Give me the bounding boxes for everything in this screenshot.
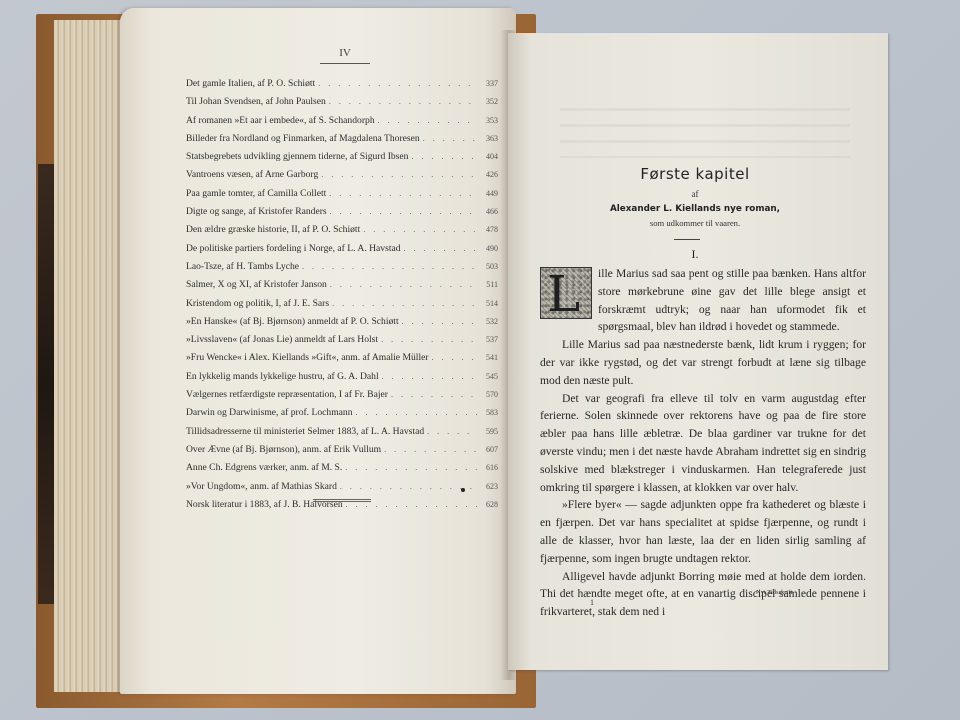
paragraph: Lille Marius sad saa pent og stille paa … bbox=[540, 265, 866, 336]
toc-leader-dots bbox=[423, 134, 477, 143]
toc-entry-title: »Fru Wencke« i Alex. Kiellands »Gift«, a… bbox=[186, 352, 429, 363]
toc-entry-title: Anne Ch. Edgrens værker, anm. af M. S. bbox=[186, 462, 342, 473]
table-of-contents: Det gamle Italien, af P. O. Schiøtt337Ti… bbox=[186, 78, 498, 517]
printer-signature: Nyt Tidsskrift. bbox=[756, 589, 794, 596]
ink-spot bbox=[461, 488, 465, 492]
toc-entry-title: Vælgernes retfærdigste repræsentation, I… bbox=[186, 389, 388, 400]
toc-entry-page: 490 bbox=[480, 244, 498, 253]
toc-entry-page: 595 bbox=[480, 427, 498, 436]
toc-entry-page: 570 bbox=[480, 390, 498, 399]
toc-entry-title: Paa gamle tomter, af Camilla Collett bbox=[186, 188, 326, 199]
chapter-title: Første kapitel bbox=[510, 165, 880, 183]
toc-leader-dots bbox=[427, 427, 477, 436]
toc-entry-title: Over Ævne (af Bj. Bjørnson), anm. af Eri… bbox=[186, 444, 381, 455]
toc-entry: »En Hanske« (af Bj. Bjørnson) anmeldt af… bbox=[186, 316, 498, 334]
toc-leader-dots bbox=[402, 317, 477, 326]
toc-entry-title: Vantroens væsen, af Arne Garborg bbox=[186, 169, 318, 180]
toc-entry-title: Billeder fra Nordland og Finmarken, af M… bbox=[186, 133, 420, 144]
toc-entry-page: 352 bbox=[480, 97, 498, 106]
toc-entry-page: 583 bbox=[480, 408, 498, 417]
toc-entry-title: Tillidsadresserne til ministeriet Selmer… bbox=[186, 426, 424, 437]
toc-entry: Kristendom og politik, I, af J. E. Sars5… bbox=[186, 298, 498, 316]
paragraph: Lille Marius sad paa næstnederste bænk, … bbox=[540, 336, 866, 389]
toc-entry-page: 545 bbox=[480, 372, 498, 381]
toc-leader-dots bbox=[356, 408, 477, 417]
toc-entry-page: 514 bbox=[480, 299, 498, 308]
toc-entry: Statsbegrebets udvikling gjennem tiderne… bbox=[186, 151, 498, 169]
toc-entry: Tillidsadresserne til ministeriet Selmer… bbox=[186, 426, 498, 444]
toc-entry: Digte og sange, af Kristofer Randers466 bbox=[186, 206, 498, 224]
toc-leader-dots bbox=[404, 244, 477, 253]
toc-entry-page: 532 bbox=[480, 317, 498, 326]
toc-entry-title: Darwin og Darwinisme, af prof. Lochmann bbox=[186, 407, 353, 418]
toc-entry: Over Ævne (af Bj. Bjørnson), anm. af Eri… bbox=[186, 444, 498, 462]
toc-entry: Lao-Tsze, af H. Tambs Lyche503 bbox=[186, 261, 498, 279]
toc-entry: Vælgernes retfærdigste repræsentation, I… bbox=[186, 389, 498, 407]
toc-entry-page: 337 bbox=[480, 79, 498, 88]
paragraph: Alligevel havde adjunkt Borring møie med… bbox=[540, 568, 866, 621]
toc-leader-dots bbox=[378, 116, 477, 125]
section-number: I. bbox=[510, 247, 880, 262]
toc-leader-dots bbox=[384, 445, 477, 454]
toc-leader-dots bbox=[330, 207, 477, 216]
toc-entry-page: 404 bbox=[480, 152, 498, 161]
toc-leader-dots bbox=[382, 372, 477, 381]
toc-entry-page: 628 bbox=[480, 500, 498, 509]
header-rule bbox=[320, 63, 370, 64]
toc-leader-dots bbox=[345, 463, 477, 472]
toc-entry: En lykkelig mands lykkelige hustru, af G… bbox=[186, 371, 498, 389]
toc-entry: Det gamle Italien, af P. O. Schiøtt337 bbox=[186, 78, 498, 96]
toc-entry-title: Digte og sange, af Kristofer Randers bbox=[186, 206, 327, 217]
paragraph: »Flere byer« — sagde adjunkten oppe fra … bbox=[540, 496, 866, 567]
toc-leader-dots bbox=[329, 97, 477, 106]
toc-leader-dots bbox=[332, 299, 477, 308]
toc-entry-page: 449 bbox=[480, 189, 498, 198]
toc-entry-page: 541 bbox=[480, 353, 498, 362]
toc-entry: Af romanen »Et aar i embede«, af S. Scha… bbox=[186, 115, 498, 133]
toc-entry: Den ældre græske historie, II, af P. O. … bbox=[186, 224, 498, 242]
chapter-rule bbox=[674, 239, 700, 240]
toc-entry-title: Den ældre græske historie, II, af P. O. … bbox=[186, 224, 360, 235]
toc-entry: Salmer, X og XI, af Kristofer Janson511 bbox=[186, 279, 498, 297]
toc-entry-page: 616 bbox=[480, 463, 498, 472]
toc-leader-dots bbox=[432, 353, 477, 362]
toc-leader-dots bbox=[330, 280, 477, 289]
toc-leader-dots bbox=[391, 390, 477, 399]
toc-entry-title: En lykkelig mands lykkelige hustru, af G… bbox=[186, 371, 379, 382]
toc-entry: Billeder fra Nordland og Finmarken, af M… bbox=[186, 133, 498, 151]
toc-leader-dots bbox=[318, 79, 477, 88]
toc-leader-dots bbox=[329, 189, 477, 198]
toc-entry-title: Til Johan Svendsen, af John Paulsen bbox=[186, 96, 326, 107]
toc-entry: Til Johan Svendsen, af John Paulsen352 bbox=[186, 96, 498, 114]
toc-entry-page: 623 bbox=[480, 482, 498, 491]
toc-entry-title: Kristendom og politik, I, af J. E. Sars bbox=[186, 298, 329, 309]
toc-leader-dots bbox=[363, 225, 477, 234]
toc-entry-title: »En Hanske« (af Bj. Bjørnson) anmeldt af… bbox=[186, 316, 399, 327]
toc-entry-title: Det gamle Italien, af P. O. Schiøtt bbox=[186, 78, 315, 89]
paragraph: Det var geografi fra elleve til tolv en … bbox=[540, 390, 866, 497]
toc-entry-title: »Vor Ungdom«, anm. af Mathias Skard bbox=[186, 481, 337, 492]
page-numeral: IV bbox=[322, 47, 368, 59]
toc-entry: Darwin og Darwinisme, af prof. Lochmann5… bbox=[186, 407, 498, 425]
toc-leader-dots bbox=[381, 335, 477, 344]
toc-entry-page: 511 bbox=[480, 280, 498, 289]
end-rule bbox=[313, 499, 371, 502]
toc-entry: De politiske partiers fordeling i Norge,… bbox=[186, 243, 498, 261]
chapter-author: Alexander L. Kiellands nye roman, bbox=[510, 204, 880, 214]
toc-leader-dots bbox=[411, 152, 477, 161]
toc-entry: Vantroens væsen, af Arne Garborg426 bbox=[186, 169, 498, 187]
toc-leader-dots bbox=[321, 170, 477, 179]
show-through-text bbox=[560, 98, 850, 158]
toc-entry-title: Salmer, X og XI, af Kristofer Janson bbox=[186, 279, 327, 290]
toc-entry-title: Af romanen »Et aar i embede«, af S. Scha… bbox=[186, 115, 375, 126]
chapter-by: af bbox=[510, 189, 880, 199]
toc-entry-page: 537 bbox=[480, 335, 498, 344]
ornamental-drop-cap-icon: L bbox=[540, 267, 592, 319]
toc-entry-page: 607 bbox=[480, 445, 498, 454]
sheet-number: 1 bbox=[590, 598, 594, 607]
toc-entry-page: 363 bbox=[480, 134, 498, 143]
toc-entry-page: 478 bbox=[480, 225, 498, 234]
toc-entry-page: 503 bbox=[480, 262, 498, 271]
chapter-subtitle: som udkommer til vaaren. bbox=[510, 218, 880, 228]
toc-entry: »Fru Wencke« i Alex. Kiellands »Gift«, a… bbox=[186, 352, 498, 370]
toc-entry-title: »Livsslaven« (af Jonas Lie) anmeldt af L… bbox=[186, 334, 378, 345]
body-text: Lille Marius sad saa pent og stille paa … bbox=[540, 265, 866, 621]
toc-entry: Paa gamle tomter, af Camilla Collett449 bbox=[186, 188, 498, 206]
toc-leader-dots bbox=[340, 482, 477, 491]
toc-entry-page: 466 bbox=[480, 207, 498, 216]
toc-entry: Anne Ch. Edgrens værker, anm. af M. S.61… bbox=[186, 462, 498, 480]
toc-entry-title: Lao-Tsze, af H. Tambs Lyche bbox=[186, 261, 299, 272]
toc-entry-title: De politiske partiers fordeling i Norge,… bbox=[186, 243, 401, 254]
toc-entry-page: 353 bbox=[480, 116, 498, 125]
toc-entry: »Livsslaven« (af Jonas Lie) anmeldt af L… bbox=[186, 334, 498, 352]
toc-entry-title: Statsbegrebets udvikling gjennem tiderne… bbox=[186, 151, 408, 162]
toc-entry-page: 426 bbox=[480, 170, 498, 179]
toc-leader-dots bbox=[302, 262, 477, 271]
toc-entry: »Vor Ungdom«, anm. af Mathias Skard623 bbox=[186, 481, 498, 499]
